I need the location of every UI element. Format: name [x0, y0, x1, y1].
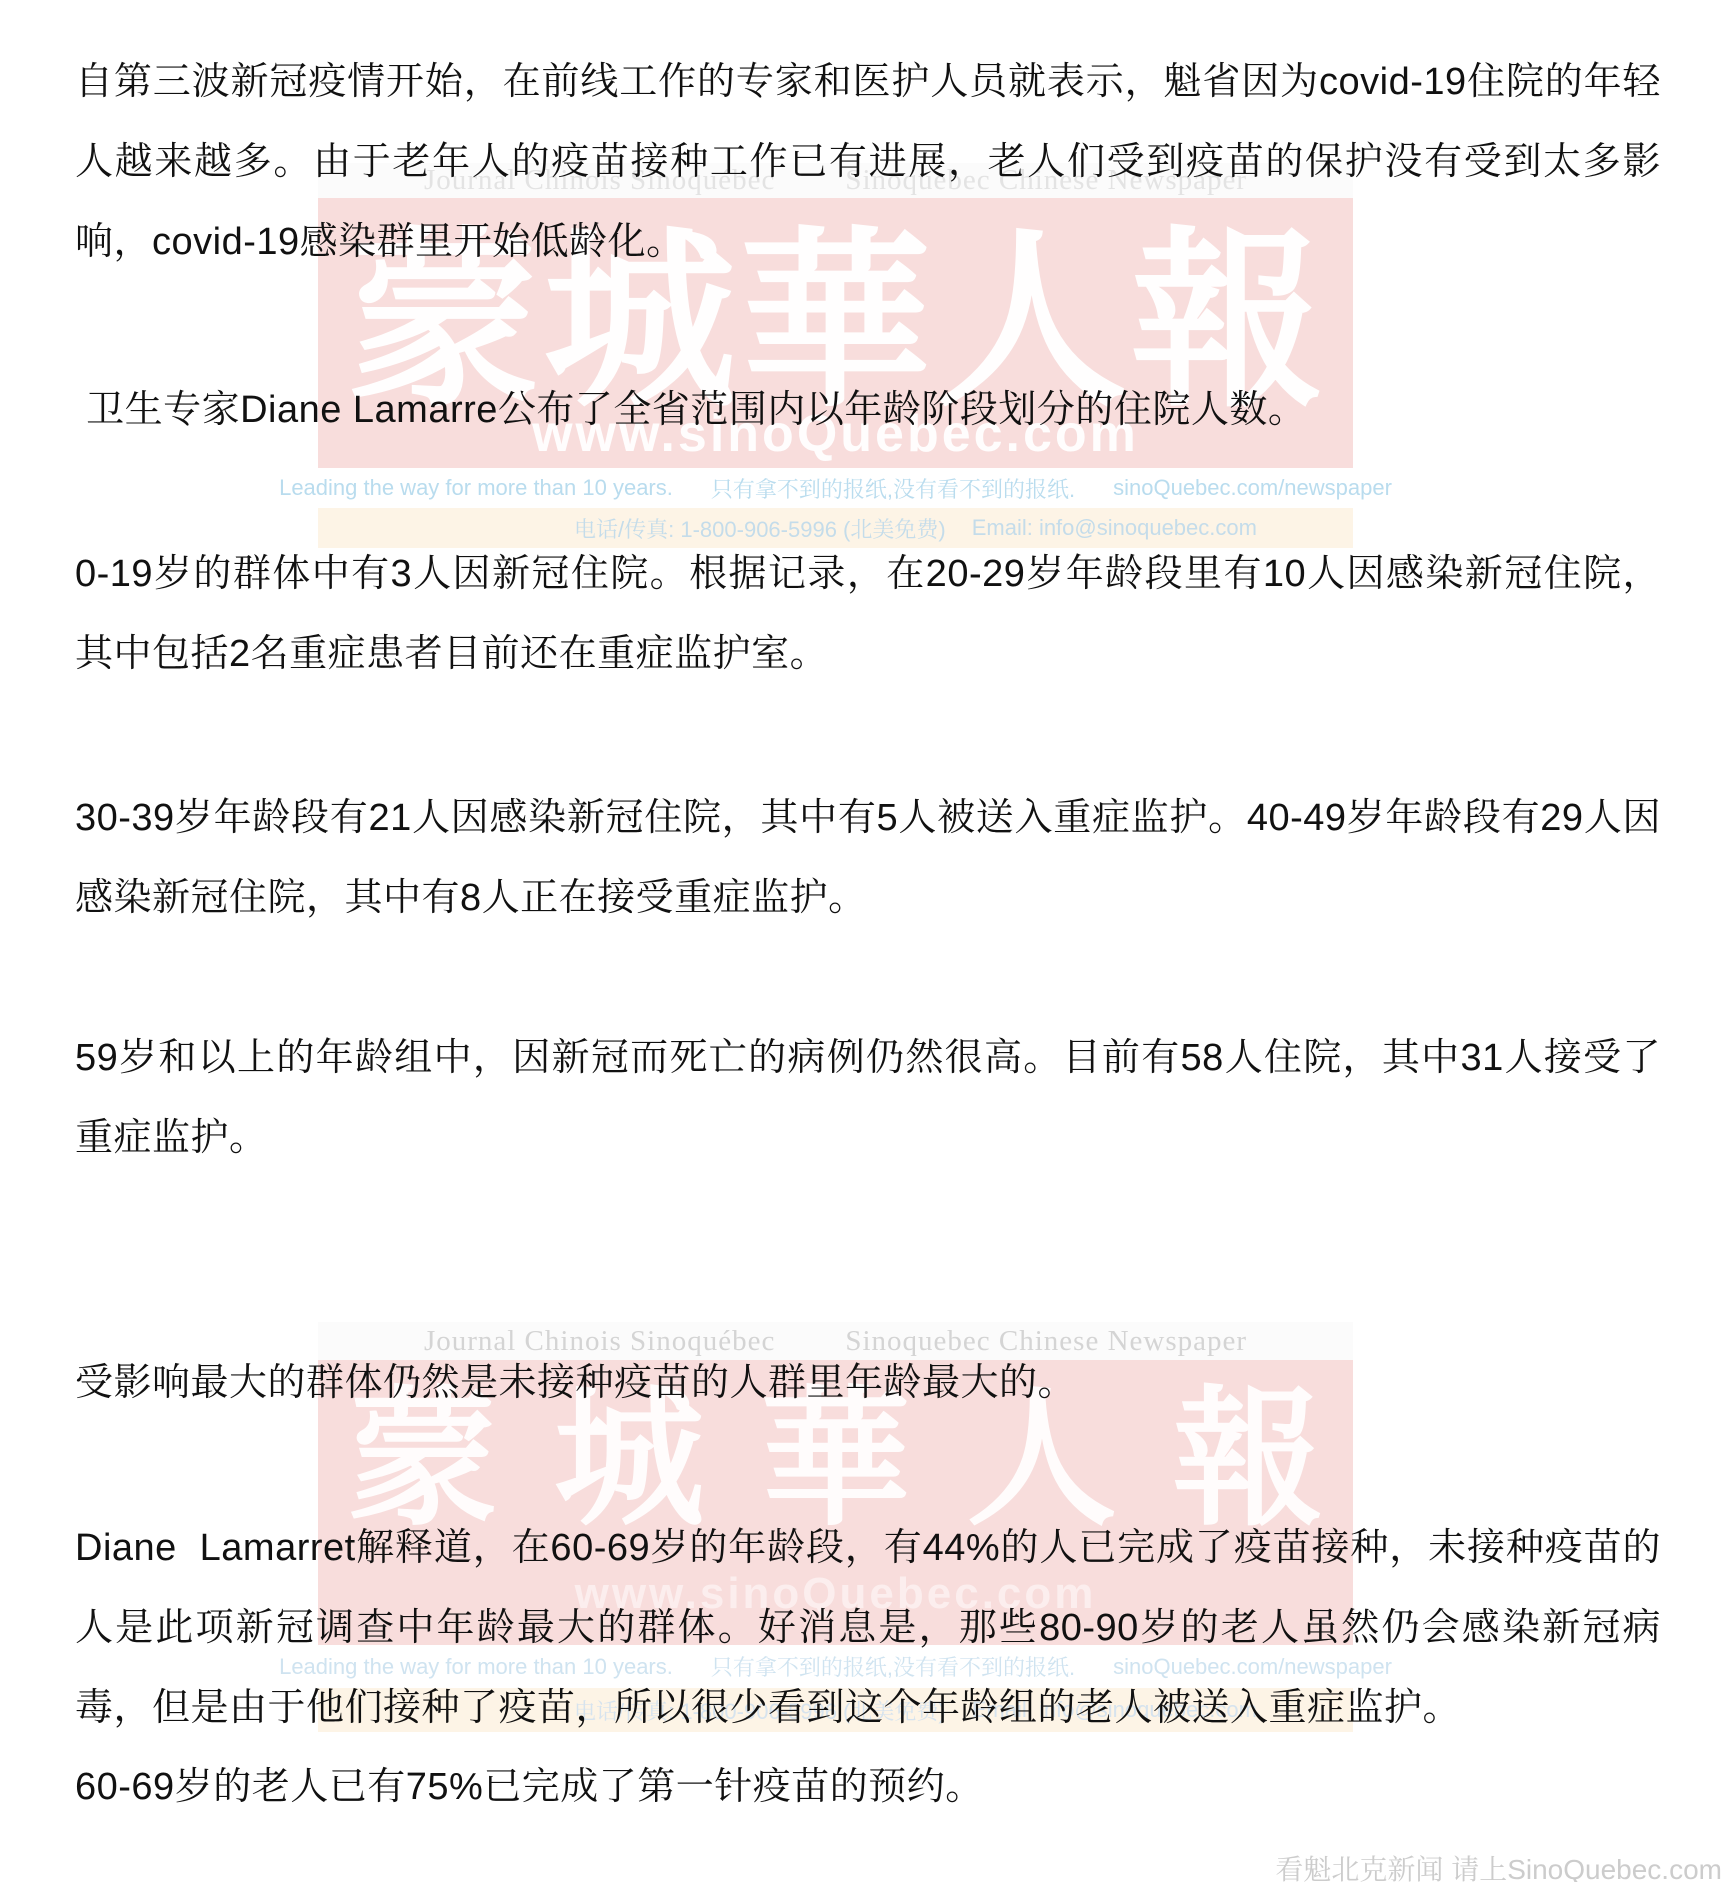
tagline-chinese: 只有拿不到的报纸,没有看不到的报纸.: [711, 473, 1075, 504]
article-paragraph-8: 60-69岁的老人已有75%已完成了第一针疫苗的预约。: [75, 1747, 1661, 1827]
tagline-english: Leading the way for more than 10 years.: [279, 475, 673, 501]
article-paragraph-3: 0-19岁的群体中有3人因新冠住院。根据记录，在20-29岁年龄段里有10人因感…: [75, 534, 1661, 694]
source-note: 看魁北克新闻 请上SinoQuebec.com: [1275, 1848, 1722, 1882]
article-paragraph-7: Diane Lamarret解释道，在60-69岁的年龄段，有44%的人已完成了…: [75, 1508, 1661, 1748]
article-paragraph-4: 30-39岁年龄段有21人因感染新冠住院，其中有5人被送入重症监护。40-49岁…: [75, 778, 1661, 938]
article-paragraph-6: 受影响最大的群体仍然是未接种疫苗的人群里年龄最大的。: [75, 1343, 1661, 1423]
tagline-url: sinoQuebec.com/newspaper: [1113, 475, 1392, 501]
article-paragraph-5: 59岁和以上的年龄组中，因新冠而死亡的病例仍然很高。目前有58人住院，其中31人…: [75, 1018, 1661, 1178]
article-paragraph-2: 卫生专家Diane Lamarre公布了全省范围内以年龄阶段划分的住院人数。: [75, 370, 1661, 450]
article-paragraph-1: 自第三波新冠疫情开始，在前线工作的专家和医护人员就表示，魁省因为covid-19…: [75, 42, 1661, 282]
watermark-tagline-strip: Leading the way for more than 10 years. …: [318, 468, 1353, 508]
article-page: Journal Chinois Sinoquébec Sinoquebec Ch…: [0, 0, 1734, 1882]
